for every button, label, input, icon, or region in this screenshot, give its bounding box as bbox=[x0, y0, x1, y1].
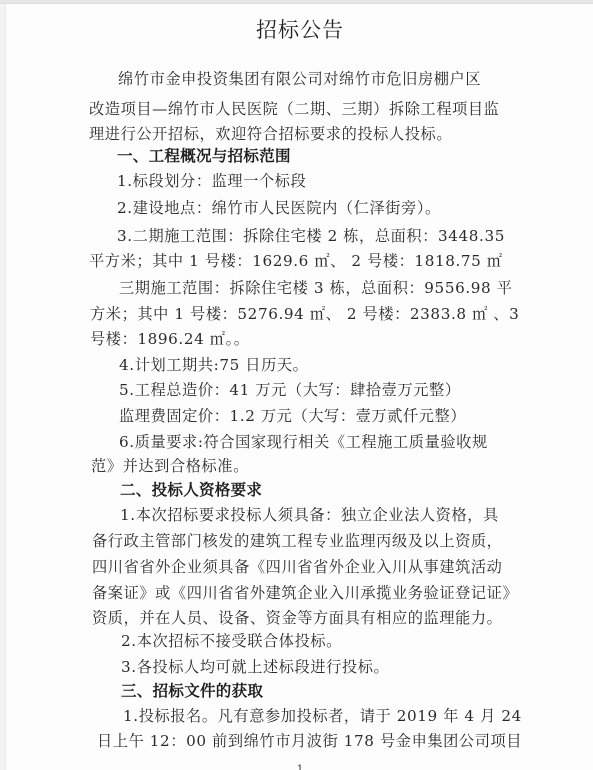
paragraph-line: 三期施工范围：拆除住宅楼 3 栋，总面积：9556.98 平 bbox=[119, 277, 513, 298]
paragraph-line: 方米；其中 1 号楼：5276.94 ㎡、 2 号楼：2383.8 ㎡ 、3 bbox=[90, 303, 519, 324]
paragraph-line: 备行政主管部门核发的建筑工程专业监理丙级及以上资质， bbox=[92, 530, 502, 551]
paragraph-line: 范》并达到合格标准。 bbox=[91, 455, 249, 476]
paragraph-line: 号楼：1896.24 ㎡。。 bbox=[90, 328, 250, 349]
section-heading-1: 一、工程概况与招标范围 bbox=[117, 144, 291, 166]
paragraph-line: 四川省省外企业须具备《四川省省外企业入川从事建筑活动 bbox=[92, 556, 502, 577]
paragraph-line: 2.建设地点：绵竹市人民医院内（仁泽街旁）。 bbox=[117, 197, 441, 218]
paragraph-line: 资质，并在人员、设备、资金等方面具有相应的监理能力。 bbox=[92, 607, 502, 628]
section-heading-3: 三、招标文件的获取 bbox=[121, 679, 263, 701]
paragraph-line: 4.计划工期共:75 日历天。 bbox=[119, 354, 308, 375]
paragraph-line: 3.各投标人均可就上述标段进行投标。 bbox=[121, 656, 389, 677]
paragraph-line: 3.二期施工范围：拆除住宅楼 2 栋，总面积：3448.35 bbox=[117, 225, 505, 246]
document-title: 招标公告 bbox=[6, 14, 593, 44]
page-number: 1 bbox=[6, 764, 593, 770]
paragraph-line: 5.工程总造价：41 万元（大写：肆拾壹万元整） bbox=[119, 379, 461, 400]
intro-line-3: 理进行公开招标，欢迎符合招标要求的投标人投标。 bbox=[89, 123, 452, 144]
paragraph-line: 备案证》或《四川省省外建筑企业入川承揽业务验证登记证》 bbox=[92, 582, 518, 603]
section-heading-2: 二、投标人资格要求 bbox=[120, 478, 262, 500]
paragraph-line: 2.本次招标不接受联合体投标。 bbox=[121, 630, 342, 651]
intro-line-2: 改造项目—绵竹市人民医院（二期、三期）拆除工程项目监 bbox=[89, 98, 499, 119]
intro-line-1: 绵竹市金申投资集团有限公司对绵竹市危旧房棚户区 bbox=[118, 68, 481, 89]
paragraph-line: 日上午 12：00 前到绵竹市月波街 178 号金申集团公司项目 bbox=[97, 730, 522, 751]
paragraph-line: 1.投标报名。凡有意参加投标者，请于 2019 年 4 月 24 bbox=[123, 705, 522, 726]
paragraph-line: 1.标段划分：监理一个标段 bbox=[117, 170, 306, 191]
paragraph-line: 监理费固定价：1.2 万元（大写：壹万贰仟元整） bbox=[119, 405, 466, 426]
paragraph-line: 平方米；其中 1 号楼：1629.6 ㎡、 2 号楼：1818.75 ㎡ bbox=[89, 250, 503, 271]
paragraph-line: 6.质量要求:符合国家现行相关《工程施工质量验收规 bbox=[119, 431, 488, 452]
paragraph-line: 1.本次招标要求投标人须具备：独立企业法人资格，具 bbox=[120, 504, 499, 525]
document-page: 招标公告 绵竹市金申投资集团有限公司对绵竹市危旧房棚户区 改造项目—绵竹市人民医… bbox=[5, 4, 593, 770]
